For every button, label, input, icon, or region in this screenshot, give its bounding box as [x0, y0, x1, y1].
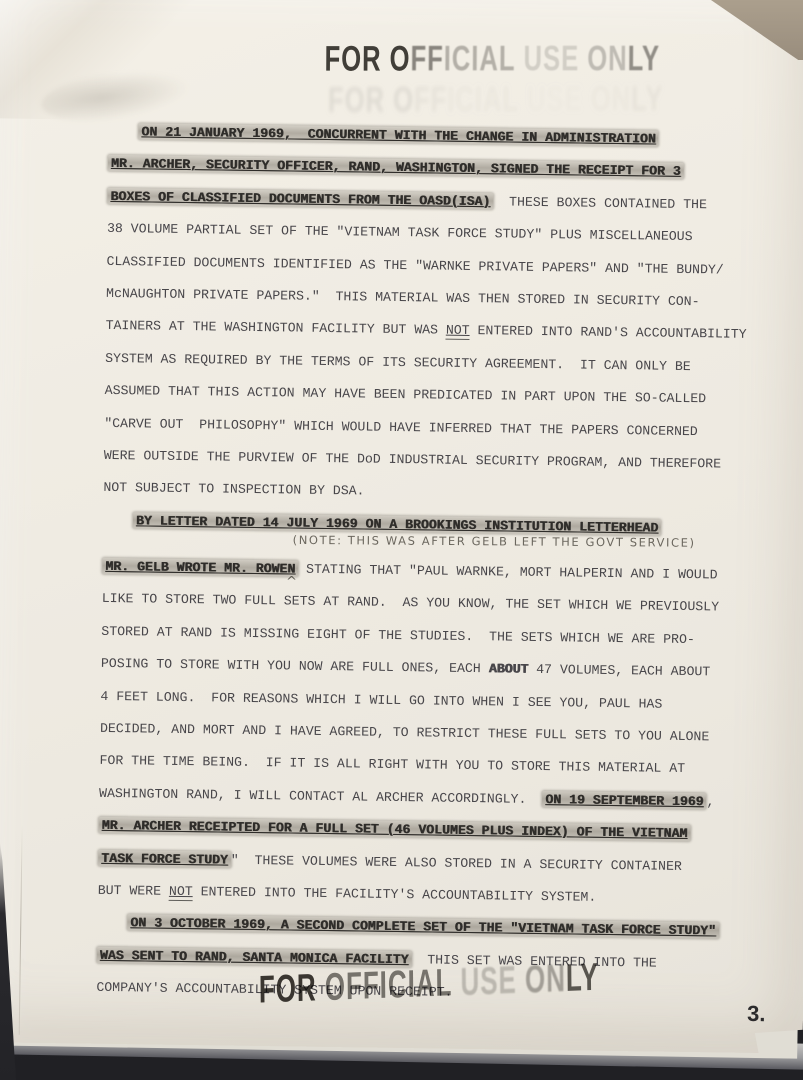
- stamp-letter-group: FF: [410, 39, 444, 80]
- stamp-letter-group: LY: [566, 955, 599, 1000]
- stamp-letter-group: FOR: [259, 966, 325, 1013]
- typewritten-text: WERE OUTSIDE THE PURVIEW OF THE DoD INDU…: [104, 448, 721, 472]
- stamped-highlight-text: MR. ARCHER RECEIPTED FOR A FULL SET (46 …: [99, 817, 691, 841]
- typewritten-text: NOT SUBJECT TO INSPECTION BY DSA.: [103, 480, 364, 499]
- stamp-letter-group: ON: [517, 956, 567, 1002]
- stamp-letter-group: OFFICIAL: [325, 961, 453, 1010]
- insertion-caret-mark: ^: [286, 574, 297, 589]
- typewritten-text: WASHINGTON RAND, I WILL CONTACT AL ARCHE…: [99, 786, 542, 807]
- typewritten-text: "CARVE OUT PHILOSOPHY" WHICH WOULD HAVE …: [104, 415, 698, 438]
- typewritten-text: FOR THE TIME BEING. IF IT IS ALL RIGHT W…: [99, 753, 685, 776]
- document-text: ON 21 JANUARY 1969, CONCURRENT WITH THE …: [96, 116, 788, 1014]
- stamped-highlight-text: ON 19 SEPTEMBER 1969: [542, 791, 706, 809]
- typewritten-text: NOT: [446, 323, 470, 340]
- typewritten-text: NOT: [169, 884, 193, 901]
- typewritten-text: ASSUMED THAT THIS ACTION MAY HAVE BEEN P…: [105, 383, 707, 406]
- typewritten-text: POSING TO STORE WITH YOU NOW ARE FULL ON…: [101, 656, 489, 676]
- typewritten-text: LIKE TO STORE TWO FULL SETS AT RAND. AS …: [102, 591, 719, 615]
- typewritten-text: TAINERS AT THE WASHINGTON FACILITY BUT W…: [106, 318, 446, 338]
- stamped-highlight-text: ON 3 OCTOBER 1969, A SECOND COMPLETE SET…: [127, 915, 719, 939]
- typewritten-text: STORED AT RAND IS MISSING EIGHT OF THE S…: [101, 624, 695, 647]
- typewritten-text: 4 FEET LONG. FOR REASONS WHICH I WILL GO…: [100, 688, 662, 711]
- typewritten-text: " THESE VOLUMES WERE ALSO STORED IN A SE…: [231, 852, 682, 873]
- typewritten-text: BUT WERE: [98, 883, 169, 899]
- stamp-letter-group: USE: [452, 958, 517, 1005]
- stamp-letter-group: ON: [579, 39, 628, 80]
- stamp-letter-group: USE: [519, 80, 583, 121]
- photo-of-document: FOR OFFICIAL USE ONLY FOR OFFICIAL USE O…: [0, 0, 803, 1080]
- typewritten-text: ABOUT: [489, 662, 529, 678]
- stamped-highlight-text: ON 21 JANUARY 1969, CONCURRENT WITH THE …: [138, 123, 659, 146]
- typewritten-text: SYSTEM AS REQUIRED BY THE TERMS OF ITS S…: [105, 351, 691, 374]
- for-official-use-only-stamp-top: FOR OFFICIAL USE ONLY: [324, 39, 660, 80]
- typewritten-text: DECIDED, AND MORT AND I HAVE AGREED, TO …: [100, 721, 710, 745]
- page-number: 3.: [747, 1001, 766, 1027]
- stamped-highlight-text: MR. GELB WROTE MR. ROWEN: [102, 558, 298, 577]
- scanned-page: FOR OFFICIAL USE ONLY FOR OFFICIAL USE O…: [0, 0, 803, 1054]
- typewritten-text: THESE BOXES CONTAINED THE: [493, 194, 707, 212]
- typewritten-text: 47 VOLUMES, EACH ABOUT: [528, 662, 710, 680]
- handwritten-note: (NOTE: THIS WAS AFTER GELB LEFT THE GOVT…: [293, 533, 696, 550]
- stamp-letter-group: FOR O: [324, 39, 410, 80]
- typewritten-text: 38 VOLUME PARTIAL SET OF THE "VIETNAM TA…: [107, 221, 693, 244]
- stamp-letter-group: FF: [414, 80, 447, 120]
- stamp-letter-group: FOR O: [328, 81, 414, 122]
- stamp-letter-group: ICIAL: [444, 39, 516, 80]
- typewritten-text: ,: [706, 794, 714, 809]
- typewritten-text: STATING THAT "PAUL WARNKE, MORT HALPERIN…: [298, 562, 718, 583]
- page-crease: [19, 825, 23, 1035]
- stamp-letter-group: ICIAL: [447, 80, 519, 121]
- typewritten-text: McNAUGHTON PRIVATE PAPERS." THIS MATERIA…: [106, 286, 700, 309]
- stamped-highlight-text: MR. ARCHER, SECURITY OFFICER, RAND, WASH…: [108, 155, 684, 179]
- typewritten-text: CLASSIFIED DOCUMENTS IDENTIFIED AS THE "…: [106, 253, 723, 277]
- stamped-highlight-text: BY LETTER DATED 14 JULY 1969 ON A BROOKI…: [133, 512, 661, 535]
- stamp-ghost-impression: FOR OFFICIAL USE ONLY: [328, 79, 664, 121]
- stamped-highlight-text: BOXES OF CLASSIFIED DOCUMENTS FROM THE O…: [107, 188, 493, 209]
- stamped-highlight-text: TASK FORCE STUDY: [98, 849, 231, 867]
- stamp-letter-group: LY: [631, 79, 663, 119]
- stamp-letter-group: USE: [515, 39, 579, 80]
- typewritten-text: ENTERED INTO RAND'S ACCOUNTABILITY: [470, 323, 747, 342]
- stamp-letter-group: LY: [628, 39, 661, 80]
- stamp-letter-group: ON: [583, 79, 632, 120]
- typewritten-text: ENTERED INTO THE FACILITY'S ACCOUNTABILI…: [193, 884, 597, 905]
